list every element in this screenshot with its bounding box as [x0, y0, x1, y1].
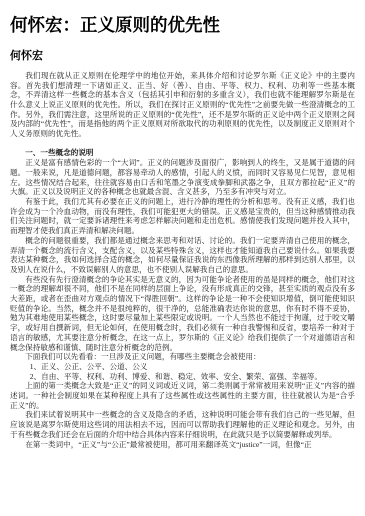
paragraph-truncated: 在第一类词中，“正义”与“公正”最常被使用，都可用来翻译英文“justice”一… [10, 440, 355, 450]
paragraph: 正义是富有感情色彩的一个“大词”。正义的问题涉及面很广，影响到人的终生，又是属于… [10, 158, 355, 197]
paragraph: 概念的问题很重要，我们都是通过概念来思考和对话、讨论的。我们一定要弄清自己使用的… [10, 236, 355, 275]
paragraph: 上面的第一类概念大致是“正义”的同义词或近义词，第二类则属于常常被用来说明“正义… [10, 381, 355, 410]
lead-in-paragraph: 下面我们可以先看看：一旦涉及正义问题，有哪些主要概念会被使用： [10, 352, 355, 362]
document-page: 何怀宏：正义原则的优先性 何怀宏 我们现在就从正义原则在伦理学中的地位开始，来具… [0, 0, 365, 516]
section-heading: 一、一些概念的说明 [10, 148, 355, 158]
concept-list-item: 1、正义、公正、公平、公道、公义 [10, 362, 355, 372]
concept-list-item: 2、自由、平等、权利、功利、博爱、和谐、稳定、效率、安全、繁荣、富强、幸福等。 [10, 372, 355, 382]
author-name: 何怀宏 [10, 47, 355, 63]
paragraph: 有鉴于此，我们尤其有必要在正义的问题上，进行冷静的理性的分析和思考。没有正义感，… [10, 197, 355, 236]
paragraph: 有些没有先行澄清概念的争论其实是无意义的，因为可能争论者使用的虽是同样的概念，他… [10, 275, 355, 353]
article-body: 我们现在就从正义原则在伦理学中的地位开始，来具体介绍和讨论罗尔斯《正义论》中的主… [10, 71, 355, 449]
intro-paragraph: 我们现在就从正义原则在伦理学中的地位开始，来具体介绍和讨论罗尔斯《正义论》中的主… [10, 71, 355, 139]
paragraph: 我们来试着说明其中一些概念的含义及隐含的矛盾，这种说明可能会带有我们自己的一些见… [10, 410, 355, 439]
page-title: 何怀宏：正义原则的优先性 [10, 15, 355, 37]
